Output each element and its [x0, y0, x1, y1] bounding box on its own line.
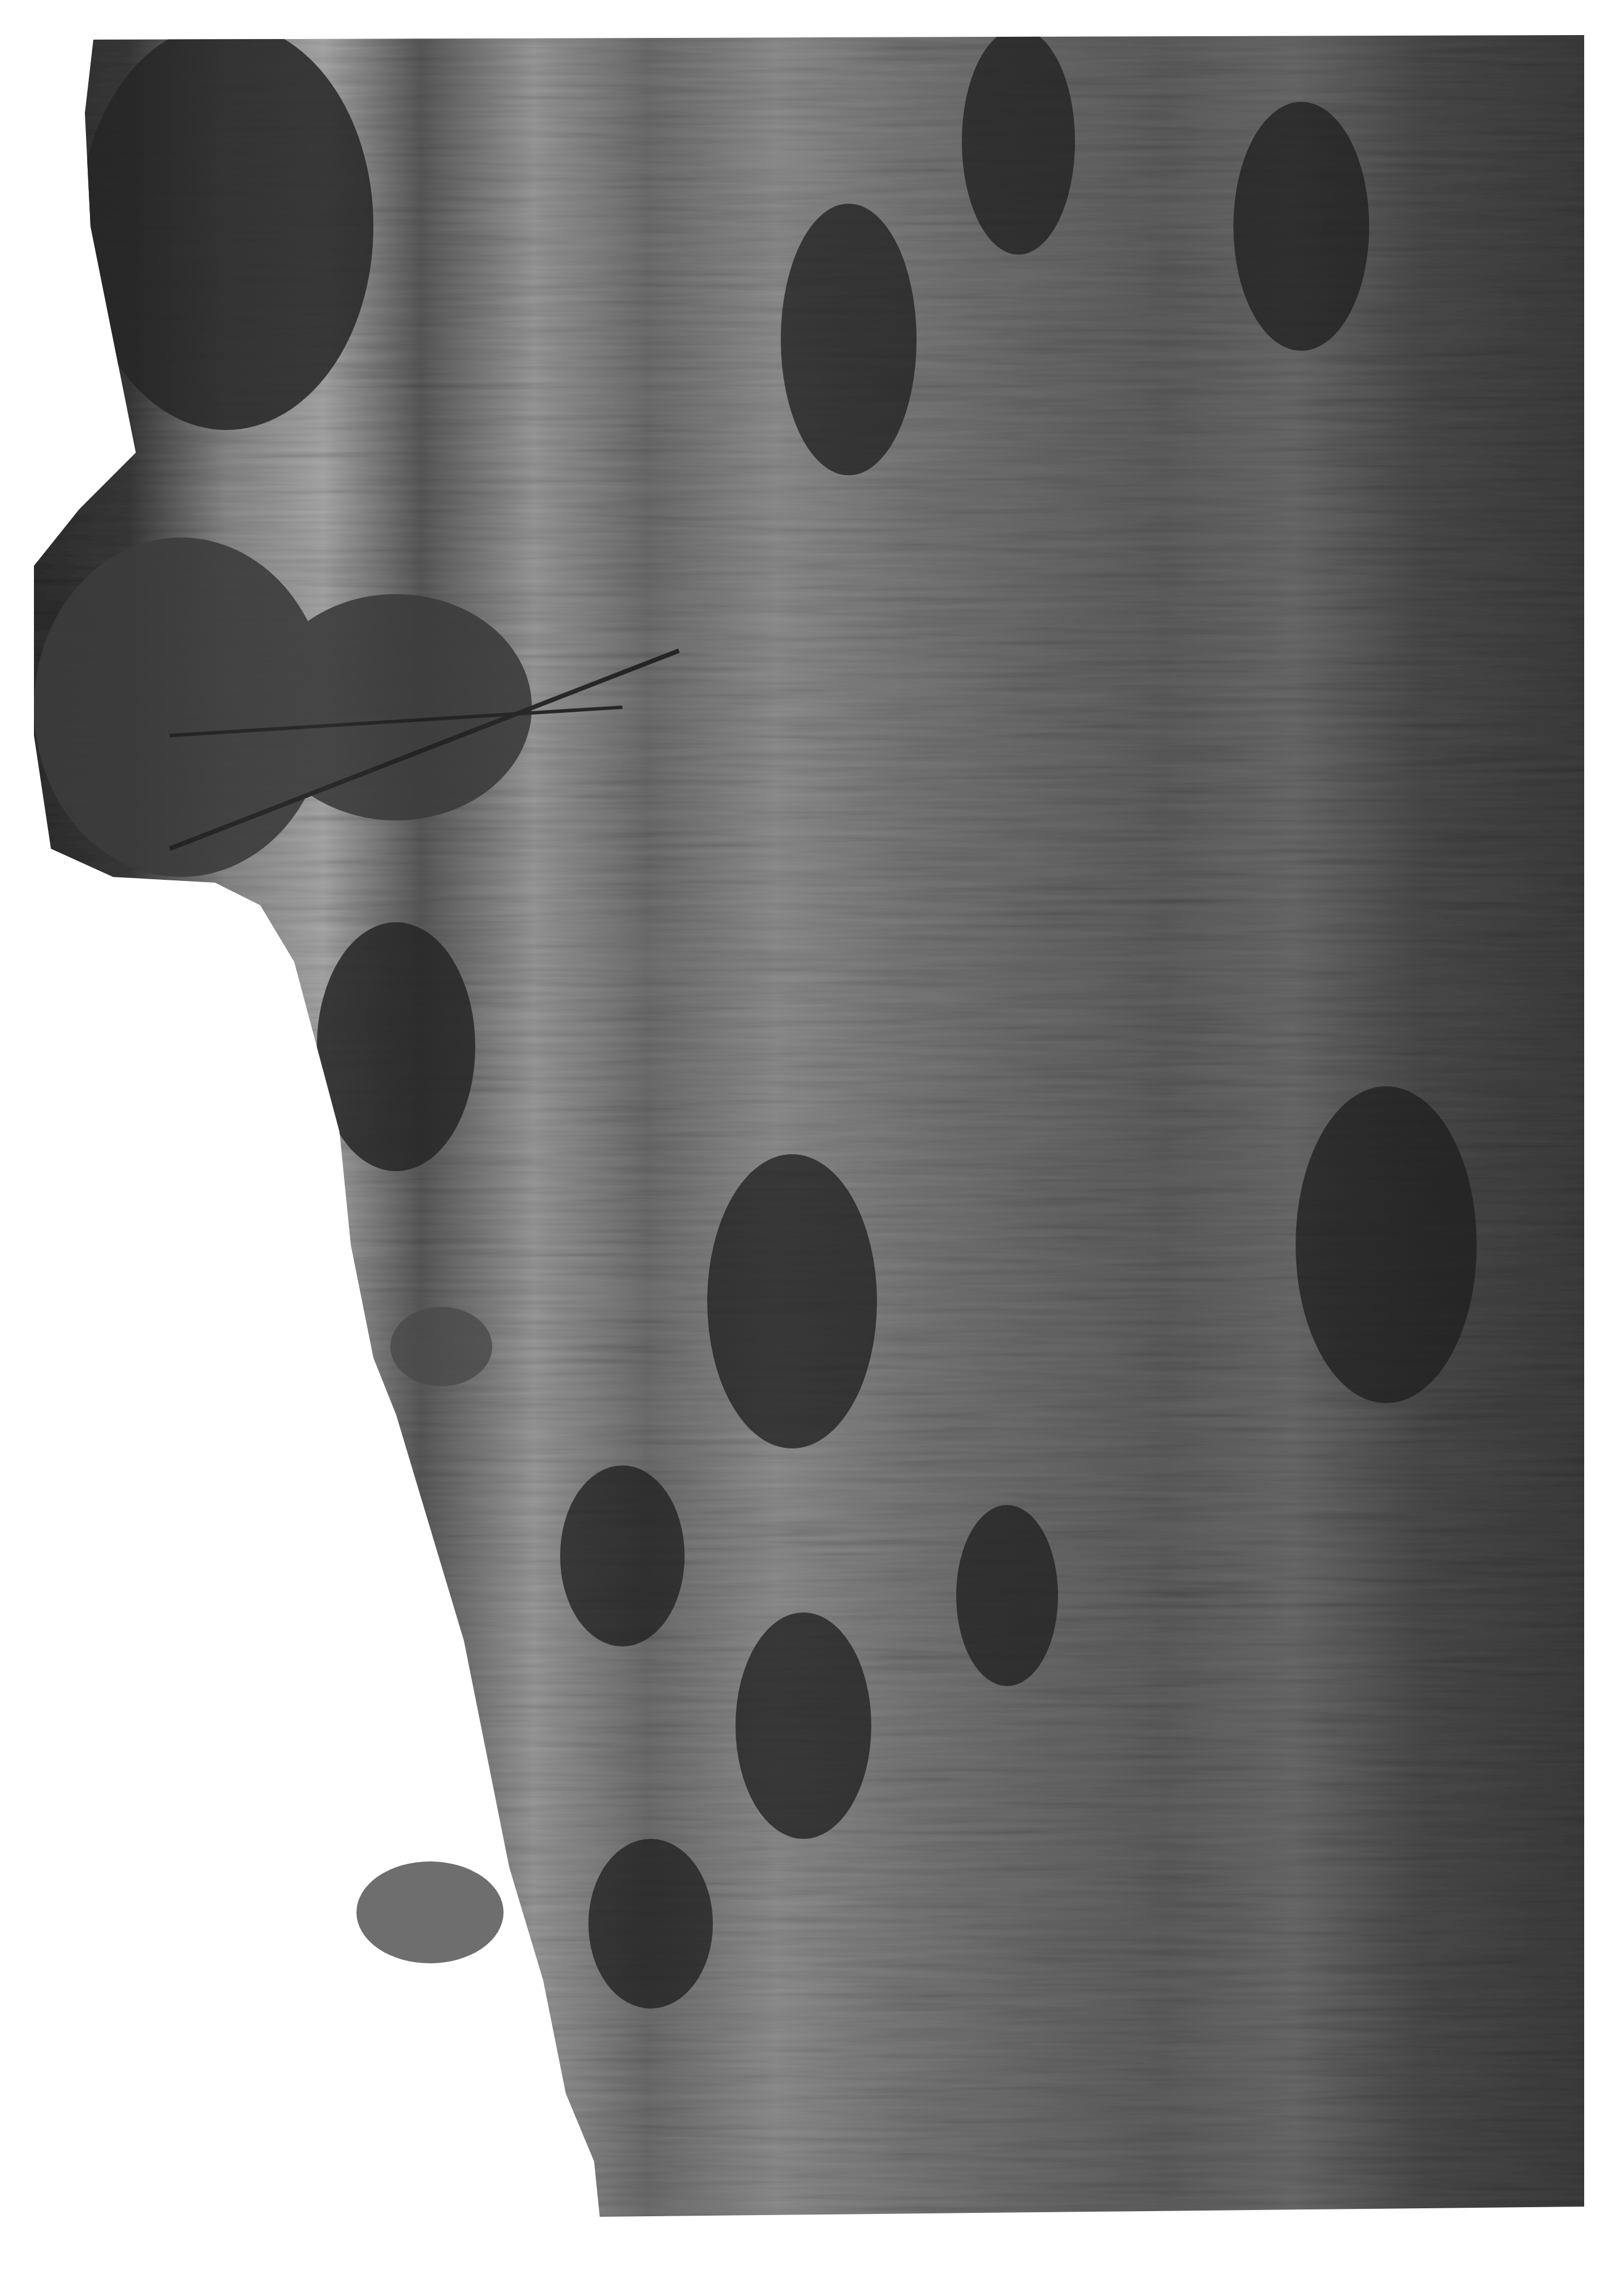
meadow-photograph [0, 0, 1617, 2296]
